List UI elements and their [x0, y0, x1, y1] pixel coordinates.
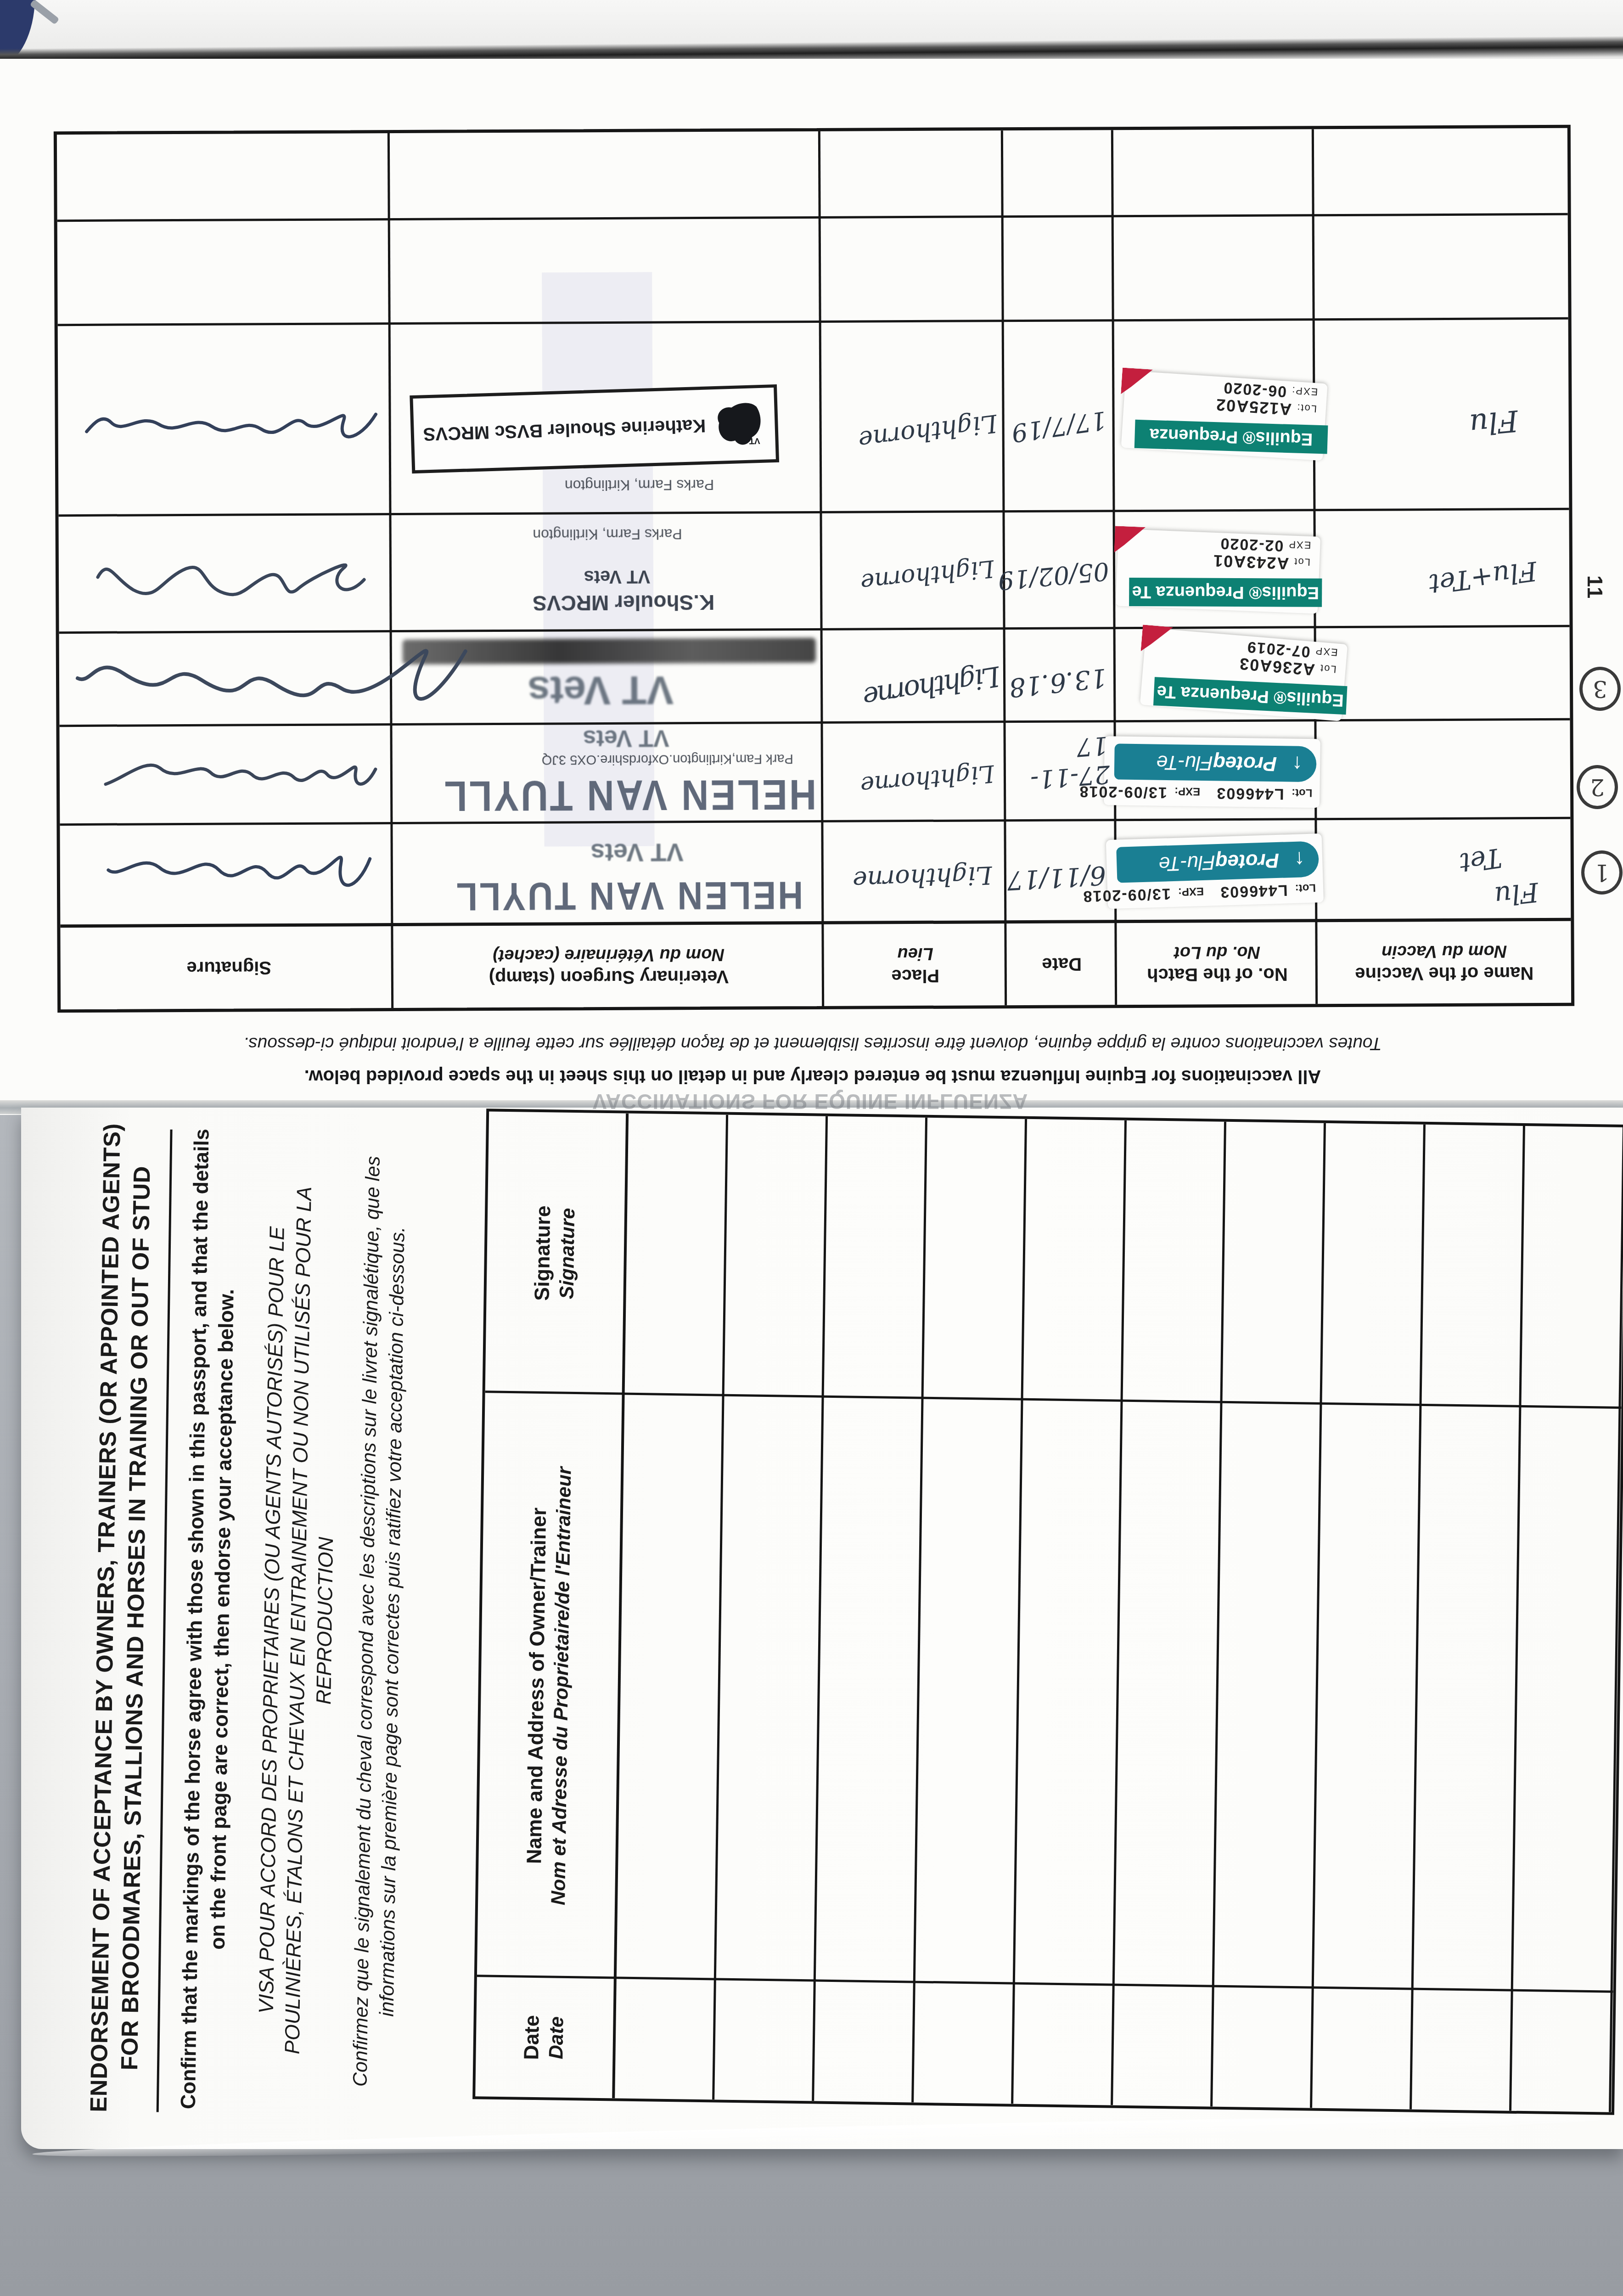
endorsement-empty-row — [1312, 1123, 1426, 2110]
place-handwritten: Lighthorne — [862, 659, 1002, 713]
header-vet-fr: Nom du Vétérinaire (cachet) — [493, 945, 724, 965]
vt-vets-logo: VT — [713, 399, 767, 450]
proteq-sticker: Lot: L446603 EXP: 13/09-2018 ↑ ProteqFlu… — [1104, 736, 1320, 808]
sticker-red-ribbon — [1121, 367, 1156, 396]
signature-scrawl — [92, 836, 377, 906]
vaccine-handwritten: Flu — [1493, 876, 1540, 912]
endorsement-table: Date Date Name and Address of Owner/Trai… — [472, 1109, 1623, 2115]
margin-mark-1: 1 — [1581, 850, 1623, 895]
lot-label: Lot: — [1296, 402, 1317, 415]
place-handwritten: Lighthorne — [859, 554, 996, 597]
brand-rest: Flu-Te — [1158, 850, 1216, 875]
endorsement-empty-row — [1511, 1126, 1623, 2112]
vet-stamp-box: VT Katherine Shouler BVSc MRCVS — [410, 384, 779, 473]
lot-number: L446603 — [1216, 784, 1284, 803]
header-batch-en: No. of the Batch — [1147, 964, 1288, 985]
vaccination-row-4: Flu+Tet Equilis® Prequenza Te LotA243A01… — [58, 508, 1569, 631]
endorsement-page-content: ENDORSEMENT OF ACCEPTANCE BY OWNERS, TRA… — [40, 1100, 1623, 2155]
vaccination-table: Name of the Vaccine Nom du Vaccin No. of… — [54, 125, 1574, 1013]
header-signature: Signature — [186, 957, 271, 979]
exp-label: EXP — [1288, 539, 1311, 551]
vet-stamp-practice: VT Vets — [590, 838, 684, 868]
page-number: 11 — [1583, 575, 1607, 600]
endorsement-table-header: Date Date Name and Address of Owner/Trai… — [475, 1111, 629, 2098]
signature-scrawl — [87, 739, 382, 810]
proteq-sticker: Lot: L446603 EXP: 13/09-2018 ↑ ProteqFlu… — [1106, 833, 1324, 909]
header-vet-en: Veterinary Surgeon (stamp) — [489, 966, 729, 988]
vet-stamp-address: Parks Farm, Kirtlington — [533, 525, 682, 543]
vaccination-row-5: Flu Equilis® Prequenza Lot:A125A02 EXP:0… — [58, 317, 1569, 514]
endorsement-paragraph-fr: Confirmez que le signalement du cheval c… — [348, 1130, 413, 2113]
equilis-sticker: Equilis® Prequenza Te LotA243A01 EXP02-2… — [1116, 529, 1320, 614]
signature-scrawl — [68, 633, 473, 722]
place-handwritten: Lighthorne — [859, 760, 995, 799]
lot-number: L446603 — [1219, 881, 1288, 901]
vaccine-handwritten: Flu — [1468, 403, 1519, 441]
header-place-fr: Lieu — [898, 944, 933, 963]
endorsement-empty-row — [615, 1114, 728, 2100]
header-owner-fr: Nom et Adresse du Proprietaire/de l'Entr… — [546, 1467, 577, 1906]
proteq-arrow-icon: ↑ — [1282, 749, 1312, 779]
proteq-arrow-icon: ↑ — [1284, 845, 1314, 875]
equilis-brand-band: Equilis® Prequenza — [1134, 420, 1328, 454]
header-place-en: Place — [892, 965, 940, 986]
place-handwritten: Lighthorne — [852, 861, 993, 895]
date-handwritten: 05/02/19 — [997, 557, 1110, 596]
place-handwritten: Lighthorne — [857, 409, 999, 455]
endorsement-empty-row — [1113, 1120, 1226, 2107]
brand-bold: Proteq — [1213, 751, 1277, 775]
exp-label: EXP: — [1178, 885, 1204, 898]
endorsement-empty-row — [1013, 1119, 1127, 2105]
date-handwritten: 6/11/17 — [1006, 860, 1106, 895]
vet-stamp-name: Katherine Shouler BVSc MRCVS — [423, 415, 706, 445]
vaccination-row-2: Lot: L446603 EXP: 13/09-2018 ↑ ProteqFlu… — [59, 718, 1570, 823]
endorsement-empty-row — [1213, 1122, 1326, 2108]
exp-date: 02-2020 — [1219, 535, 1284, 554]
equilis-brand-band: Equilis® Prequenza Te — [1153, 677, 1347, 715]
date-handwritten: 27-11-17 — [1004, 731, 1111, 796]
vaccination-row-3: Equilis® Prequenza Te LotA236A03 EXP07-2… — [59, 625, 1570, 725]
header-date-en: Date — [519, 2015, 544, 2060]
vaccination-page-content: VACCINATIONS FOR EQUINE INFLUENZA All va… — [0, 59, 1623, 1115]
signature-scrawl — [91, 534, 376, 613]
lot-number: A243A01 — [1212, 551, 1289, 573]
title-underline — [157, 1130, 173, 2112]
margin-mark-3: 3 — [1579, 667, 1621, 711]
margin-mark-2: 2 — [1577, 765, 1618, 809]
vaccination-row-empty — [57, 213, 1568, 324]
header-batch-fr: No. du Lot — [1174, 942, 1260, 962]
exp-label: EXP — [1314, 645, 1338, 658]
endorsement-empty-row — [914, 1118, 1027, 2104]
sticker-red-ribbon — [1140, 625, 1176, 654]
exp-label: EXP: — [1291, 385, 1319, 398]
header-date-fr: Date — [544, 2016, 569, 2060]
lot-label: Lot: — [1295, 881, 1316, 894]
equilis-sticker: Equilis® Prequenza Te LotA236A03 EXP07-2… — [1140, 628, 1348, 721]
exp-label: EXP: — [1174, 785, 1200, 798]
endorsement-empty-row — [1412, 1125, 1525, 2111]
vaccine-handwritten: Flu+Tet — [1427, 555, 1539, 600]
vet-stamp-practice: VT Vets — [583, 724, 669, 752]
endorsement-paragraph-en: Confirm that the markings of the horse a… — [174, 1114, 242, 2124]
header-owner-en: Name and Address of Owner/Trainer — [522, 1508, 551, 1864]
equilis-brand-band: Equilis® Prequenza Te — [1129, 578, 1322, 607]
scanned-passport: VACCINATIONS FOR EQUINE INFLUENZA All va… — [0, 0, 1623, 2296]
equilis-sticker: Equilis® Prequenza Lot:A125A02 EXP:06-20… — [1121, 371, 1328, 461]
vaccination-table-header: Name of the Vaccine Nom du Vaccin No. of… — [60, 918, 1571, 1009]
signature-scrawl — [81, 384, 384, 464]
endorsement-empty-row — [814, 1116, 927, 2103]
vet-stamp-name: HELEN VAN TUYLL — [454, 872, 803, 919]
header-vaccine-en: Name of the Vaccine — [1355, 962, 1533, 984]
vaccination-row-1: Flu Tet Lot: L446603 EXP: 13/09-2018 ↑ P… — [60, 817, 1571, 924]
header-date: Date — [1042, 954, 1082, 974]
lot-label: Lot: — [1292, 786, 1313, 799]
vaccination-note-en: All vaccinations for Equine Influenza mu… — [41, 1066, 1584, 1086]
header-signature-fr: Signature — [555, 1208, 581, 1299]
date-handwritten: 13.6.18 — [1007, 662, 1108, 703]
date-handwritten: 17/7/19 — [1010, 405, 1108, 448]
vaccination-note-fr: Toutes vaccinations contre la grippe équ… — [41, 1033, 1584, 1053]
brand-rest: Flu-Te — [1156, 751, 1213, 775]
lot-label: Lot — [1319, 663, 1337, 675]
vet-stamp-name: K.Shouler MRCVS — [533, 590, 714, 616]
header-vaccine-fr: Nom du Vaccin — [1382, 941, 1507, 961]
lot-label: Lot — [1293, 556, 1311, 568]
sticker-red-ribbon — [1114, 526, 1148, 554]
vet-stamp-practice: VT Vets — [528, 667, 674, 714]
svg-text:VT: VT — [749, 436, 760, 446]
vet-stamp-name: HELEN VAN TUYLL — [442, 770, 816, 820]
brand-bold: Proteq — [1215, 849, 1280, 873]
vet-stamp-address: Park Fam,Kirtlington.Oxfordshire.OX5 3JQ — [542, 751, 793, 767]
vet-stamp-address: Parks Farm, Kirtlington — [565, 476, 714, 494]
vaccination-row-empty — [57, 126, 1568, 219]
vaccine-handwritten: Tet — [1458, 842, 1504, 878]
header-signature-en: Signature — [530, 1205, 556, 1301]
endorsement-empty-row — [714, 1115, 828, 2101]
vet-stamp-practice: VT Vets — [584, 566, 650, 587]
